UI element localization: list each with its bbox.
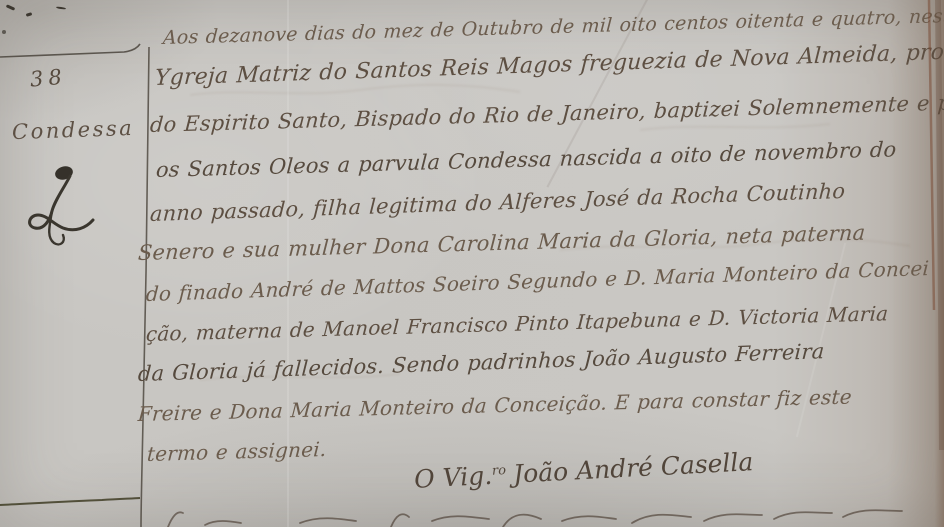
manuscript-line-10: Freire e Dona Maria Monteiro da Conceiçã…	[137, 385, 852, 426]
signature-superscript: ro	[492, 463, 507, 479]
signature-name: João André Casella	[512, 447, 754, 489]
manuscript-line-6: Senero e sua mulher Dona Carolina Maria …	[137, 221, 866, 265]
ink-speck	[2, 30, 6, 34]
manuscript-line-5: anno passado, filha legitima do Alferes …	[149, 179, 846, 226]
signature-prefix: O Vig.	[413, 461, 492, 494]
manuscript-line-11: termo e assignei.	[146, 437, 327, 466]
manuscript-line-8: ção, materna de Manoel Francisco Pinto I…	[145, 301, 889, 346]
vicar-signature: O Vig.roJoão André Casella	[413, 447, 754, 494]
record-title: Condessa	[12, 116, 135, 144]
manuscript-line-1: Aos dezanove dias do mez de Outubro de m…	[162, 5, 944, 49]
manuscript-line-9: da Gloria já fallecidos. Sendo padrinhos…	[137, 339, 825, 386]
manuscript-page: 38 Condessa Aos dezanove dias do mez de …	[0, 0, 944, 527]
manuscript-line-7: do finado André de Mattos Soeiro Segundo…	[145, 256, 929, 306]
manuscript-line-3: do Espirito Santo, Bispado do Rio de Jan…	[149, 90, 944, 137]
ink-speck	[56, 6, 66, 9]
manuscript-line-2: Ygreja Matriz do Santos Reis Magos fregu…	[154, 39, 944, 91]
manuscript-line-4: os Santos Oleos a parvula Condessa nasci…	[155, 137, 897, 182]
bottom-margin-line	[0, 498, 140, 505]
ink-speck	[6, 4, 15, 10]
ink-speck	[26, 12, 33, 17]
top-margin-line	[0, 44, 140, 57]
record-number: 38	[29, 64, 68, 91]
